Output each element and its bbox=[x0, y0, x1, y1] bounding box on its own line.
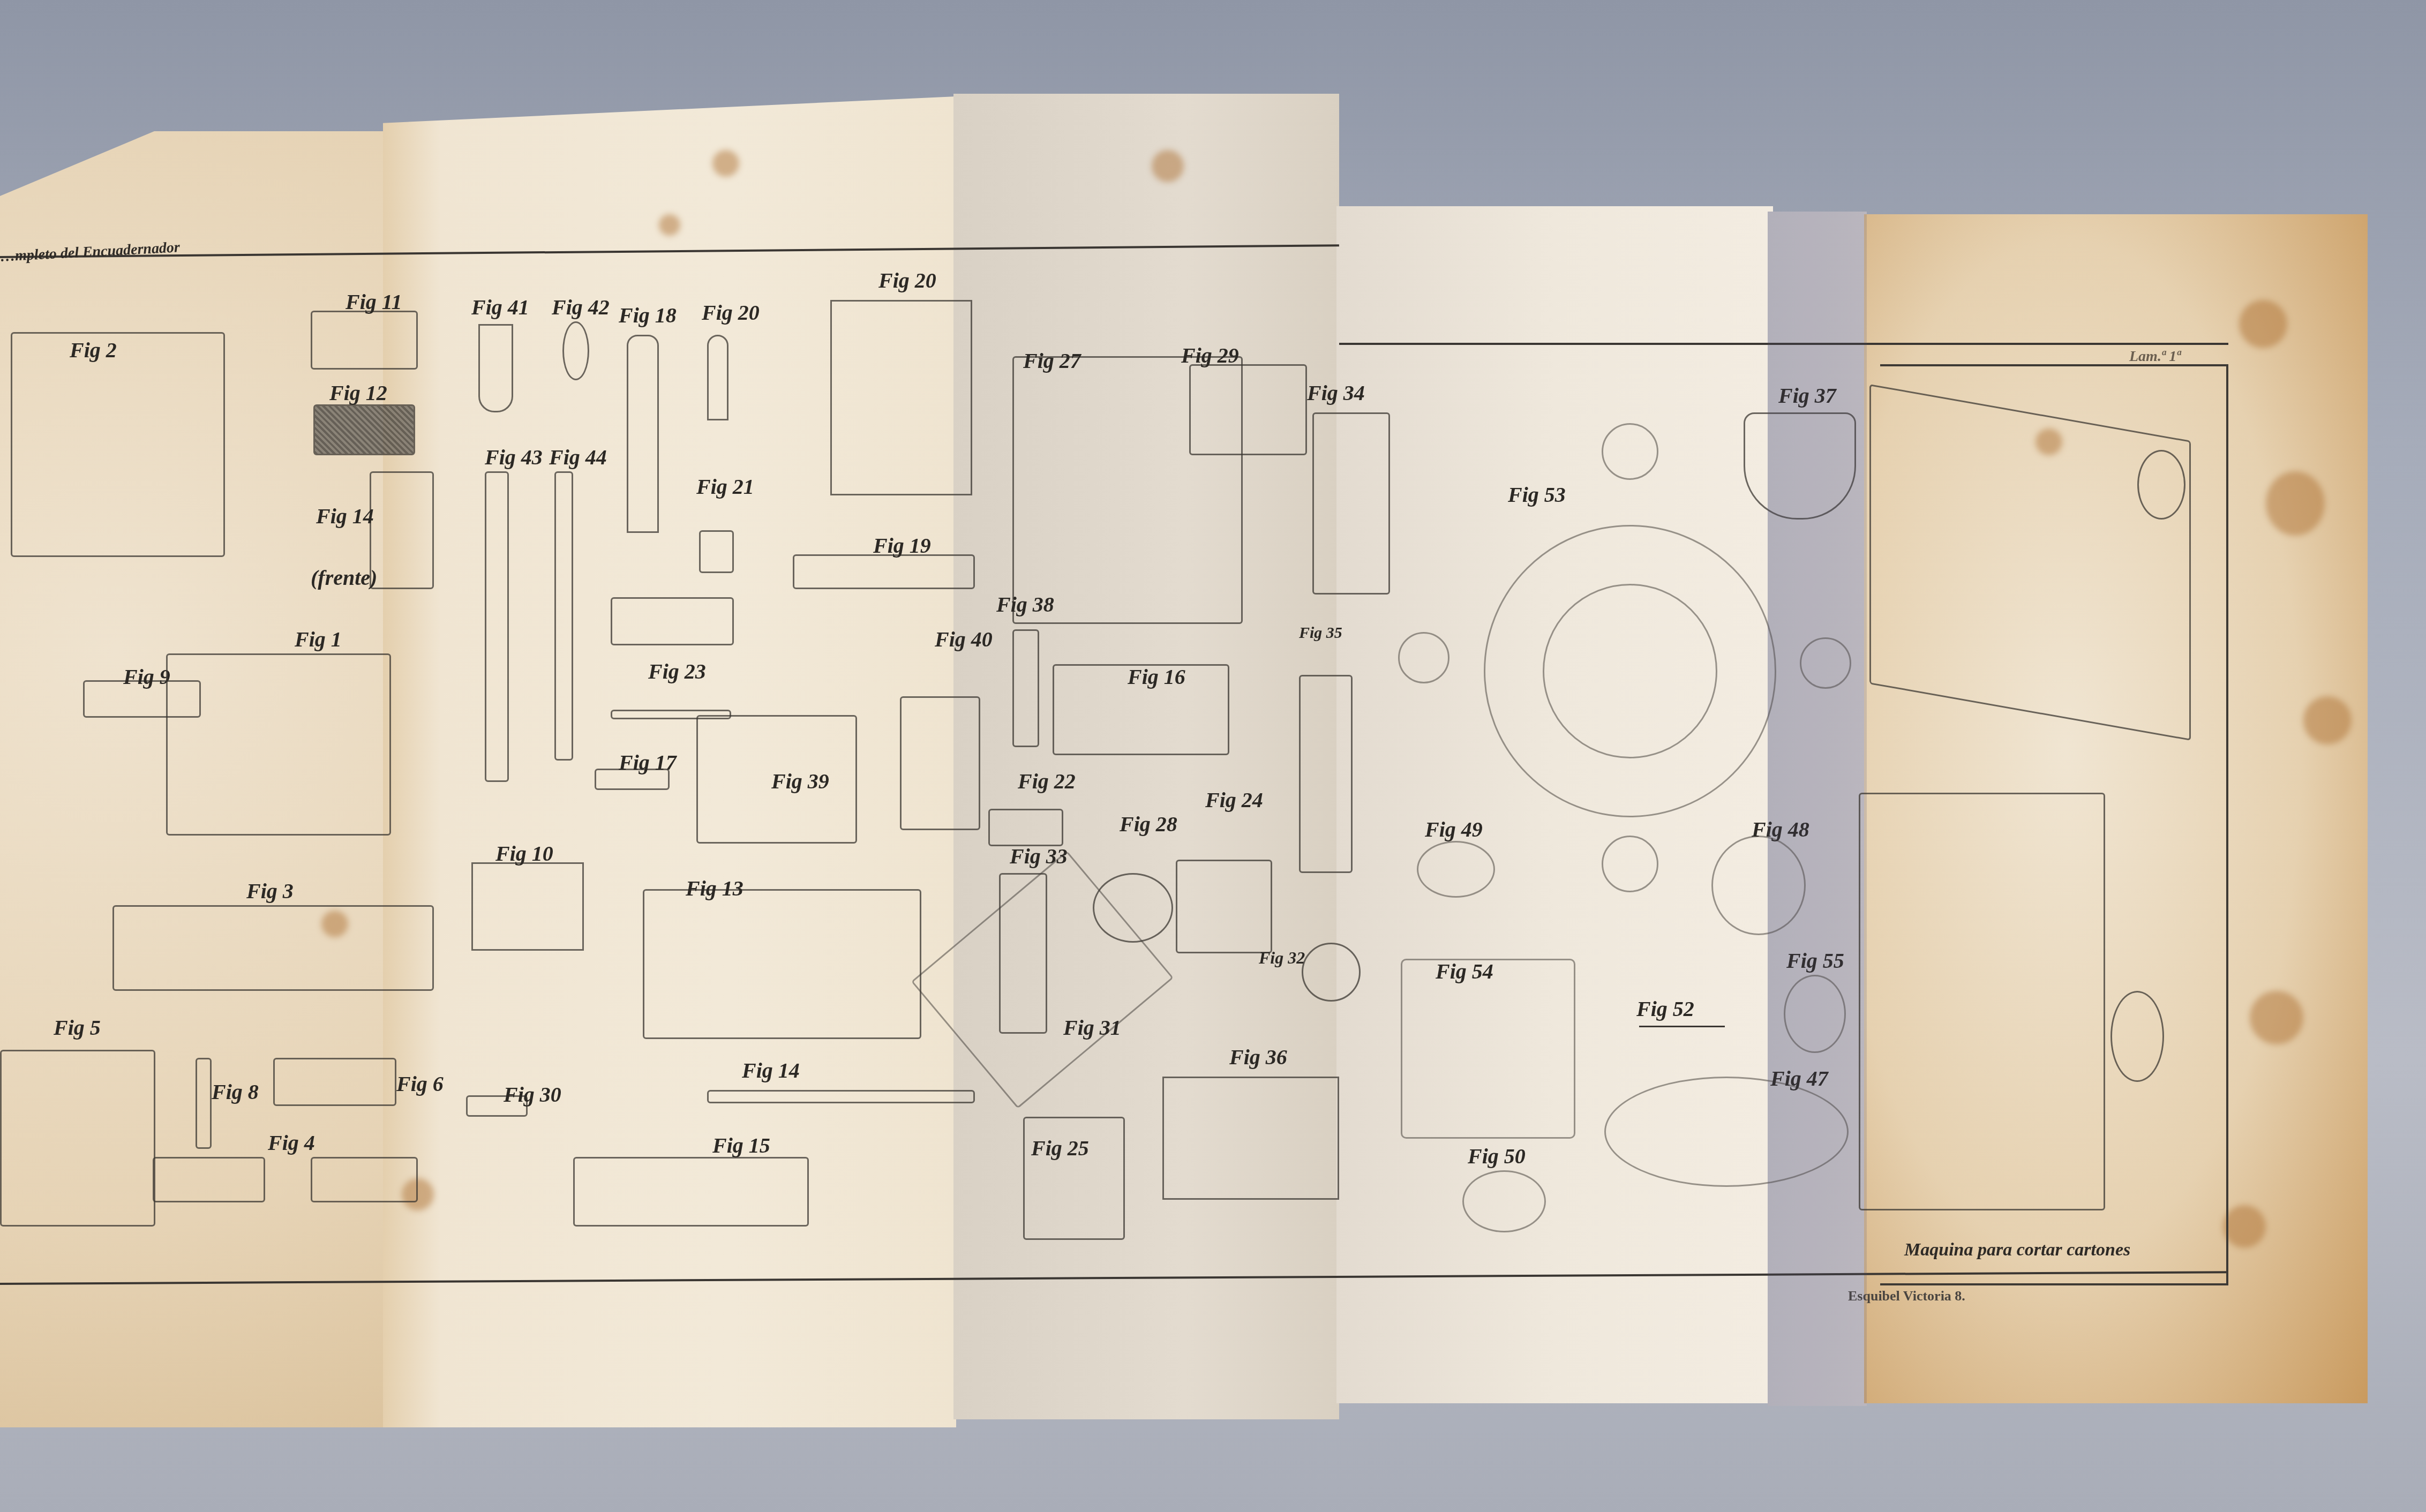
figure-drawing-press-frame bbox=[11, 332, 225, 557]
fold-shadow bbox=[1768, 212, 1867, 1406]
ornament-fig49 bbox=[1417, 841, 1495, 898]
figure-label: Fig 32 bbox=[1259, 948, 1305, 968]
figure-drawing-ruler-tool bbox=[707, 1090, 975, 1103]
figure-drawing-board-cutter-top bbox=[1869, 384, 2191, 741]
figure-label: Fig 2 bbox=[70, 337, 117, 363]
foxing-spot bbox=[1152, 150, 1184, 182]
figure-label: Fig 25 bbox=[1031, 1135, 1089, 1161]
figure-label: Fig 44 bbox=[549, 445, 607, 470]
foxing-spot bbox=[2250, 991, 2303, 1044]
figure-drawing-paste-brush-handle bbox=[485, 471, 509, 782]
figure-label: Fig 24 bbox=[1205, 787, 1263, 813]
figure-drawing-knife bbox=[793, 554, 975, 589]
ornament-fig53-left bbox=[1398, 632, 1449, 683]
figure-drawing-book bbox=[370, 471, 434, 589]
figure-label: Fig 5 bbox=[54, 1015, 101, 1040]
figure-label: Fig 54 bbox=[1436, 959, 1493, 984]
figure-drawing-finishing-tool bbox=[1299, 675, 1353, 873]
figure-drawing-backing-hammer bbox=[573, 1157, 809, 1227]
figure-label: Fig 3 bbox=[246, 878, 294, 904]
figure-label: Fig 53 bbox=[1508, 482, 1566, 507]
figure-label: Fig 43 bbox=[485, 445, 543, 470]
figure-label: Fig 10 bbox=[495, 841, 553, 866]
figure-label: Fig 15 bbox=[712, 1133, 770, 1158]
ornament-fig53-bottom bbox=[1602, 836, 1658, 892]
figure-label: Fig 6 bbox=[396, 1071, 444, 1096]
figure-drawing-beating-hammer bbox=[166, 653, 391, 836]
figure-label: Fig 21 bbox=[696, 474, 754, 499]
figure-drawing-roll-wheel bbox=[1302, 943, 1361, 1002]
figure-drawing-tray bbox=[311, 311, 418, 370]
figure-drawing-flywheel bbox=[2110, 991, 2164, 1082]
figure-label: Fig 34 bbox=[1307, 380, 1365, 405]
figure-label: Fig 50 bbox=[1468, 1144, 1526, 1169]
figure-drawing-frame-board bbox=[830, 300, 972, 495]
figure-label: Fig 23 bbox=[648, 659, 706, 684]
plate-number: Lam.ª 1ª bbox=[2129, 348, 2181, 365]
figure-label: Fig 49 bbox=[1425, 817, 1483, 842]
figure-label: Fig 40 bbox=[935, 627, 993, 652]
figure-label: Fig 27 bbox=[1023, 348, 1081, 373]
figure-drawing-folder bbox=[478, 324, 513, 412]
figure-drawing-tool-rod bbox=[196, 1058, 212, 1149]
figure-drawing-label-paper bbox=[988, 809, 1063, 846]
figure-drawing-sewing-frame bbox=[0, 1050, 155, 1227]
figure-drawing-stamp bbox=[699, 530, 734, 573]
figure-drawing-lying-press bbox=[112, 905, 434, 991]
figure-label: Fig 29 bbox=[1181, 343, 1239, 368]
figure-label: Fig 11 bbox=[346, 289, 402, 314]
figure-drawing-board-cutter-side bbox=[1859, 793, 2105, 1210]
figure-label: Fig 22 bbox=[1018, 769, 1076, 794]
figure-drawing-gouge bbox=[1012, 629, 1039, 747]
figure-label: Fig 28 bbox=[1120, 811, 1177, 837]
figure-label: Fig 17 bbox=[619, 750, 677, 775]
figure-label: Fig 52 bbox=[1636, 996, 1694, 1021]
machine-caption: Maquina para cortar cartones bbox=[1904, 1240, 2130, 1260]
foxing-spot bbox=[2239, 300, 2287, 348]
ornament-fig53-top bbox=[1602, 423, 1658, 480]
foxing-spot bbox=[712, 150, 739, 177]
foxing-spot bbox=[2223, 1205, 2266, 1248]
figure-label: (frente) bbox=[311, 565, 377, 590]
ornament-fig50 bbox=[1462, 1170, 1546, 1232]
figure-drawing-type-case bbox=[1162, 1077, 1339, 1200]
foxing-spot bbox=[2303, 696, 2352, 744]
ornament-fig54-corner bbox=[1401, 959, 1575, 1139]
figure-drawing-brush bbox=[611, 597, 734, 645]
figure-drawing-awl bbox=[562, 321, 589, 380]
foxing-spot bbox=[659, 214, 680, 236]
figure-label: Fig 18 bbox=[619, 303, 677, 328]
figure-label: Fig 42 bbox=[552, 295, 610, 320]
figure-label: Fig 31 bbox=[1063, 1015, 1121, 1040]
figure-drawing-hatched-block bbox=[313, 404, 415, 455]
figure-drawing-book-block bbox=[1312, 412, 1390, 595]
figure-drawing-glue-pot bbox=[900, 696, 980, 830]
figure-drawing-dividers bbox=[707, 335, 728, 420]
figure-label: Fig 4 bbox=[268, 1130, 315, 1155]
figure-label: Fig 9 bbox=[123, 664, 170, 689]
ornament-fig53-inner bbox=[1543, 584, 1717, 758]
figure-drawing-sewing-section bbox=[471, 862, 584, 951]
foxing-spot bbox=[2266, 471, 2325, 536]
figure-label: Fig 14 bbox=[742, 1058, 800, 1083]
figure-drawing-bone-folder bbox=[554, 471, 573, 761]
plate-panel-3 bbox=[953, 94, 1339, 1419]
figure-label: Fig 12 bbox=[329, 380, 387, 405]
figure-drawing-compass bbox=[627, 335, 659, 533]
figure-label: Fig 16 bbox=[1128, 664, 1185, 689]
figure-drawing-box-b bbox=[311, 1157, 418, 1202]
figure-label: Fig 8 bbox=[212, 1079, 259, 1104]
figure-label: Fig 20 bbox=[702, 300, 760, 325]
figure-drawing-box-a bbox=[153, 1157, 265, 1202]
figure-label: Fig 38 bbox=[996, 592, 1054, 617]
figure-label: Fig 39 bbox=[771, 769, 829, 794]
figure-drawing-blocks bbox=[1176, 860, 1272, 953]
figure-label: Fig 30 bbox=[504, 1082, 561, 1107]
figure-drawing-finishing-press bbox=[643, 889, 921, 1039]
figure-label: Fig 19 bbox=[873, 533, 931, 558]
figure-label: Fig 35 bbox=[1299, 624, 1342, 642]
fig52-underline bbox=[1639, 1026, 1725, 1027]
figure-drawing-board-section bbox=[273, 1058, 396, 1106]
plate-panel-4 bbox=[1336, 206, 1773, 1403]
figure-drawing-cutter-wheel bbox=[2137, 450, 2185, 520]
figure-label: Fig 20 bbox=[878, 268, 936, 293]
figure-label: Fig 41 bbox=[471, 295, 529, 320]
figure-label: Fig 1 bbox=[295, 627, 342, 652]
figure-label: Fig 36 bbox=[1229, 1044, 1287, 1070]
figure-label: Fig 13 bbox=[686, 876, 743, 901]
figure-label: Fig 14 bbox=[316, 503, 374, 529]
figure-drawing-plow bbox=[1189, 364, 1307, 455]
